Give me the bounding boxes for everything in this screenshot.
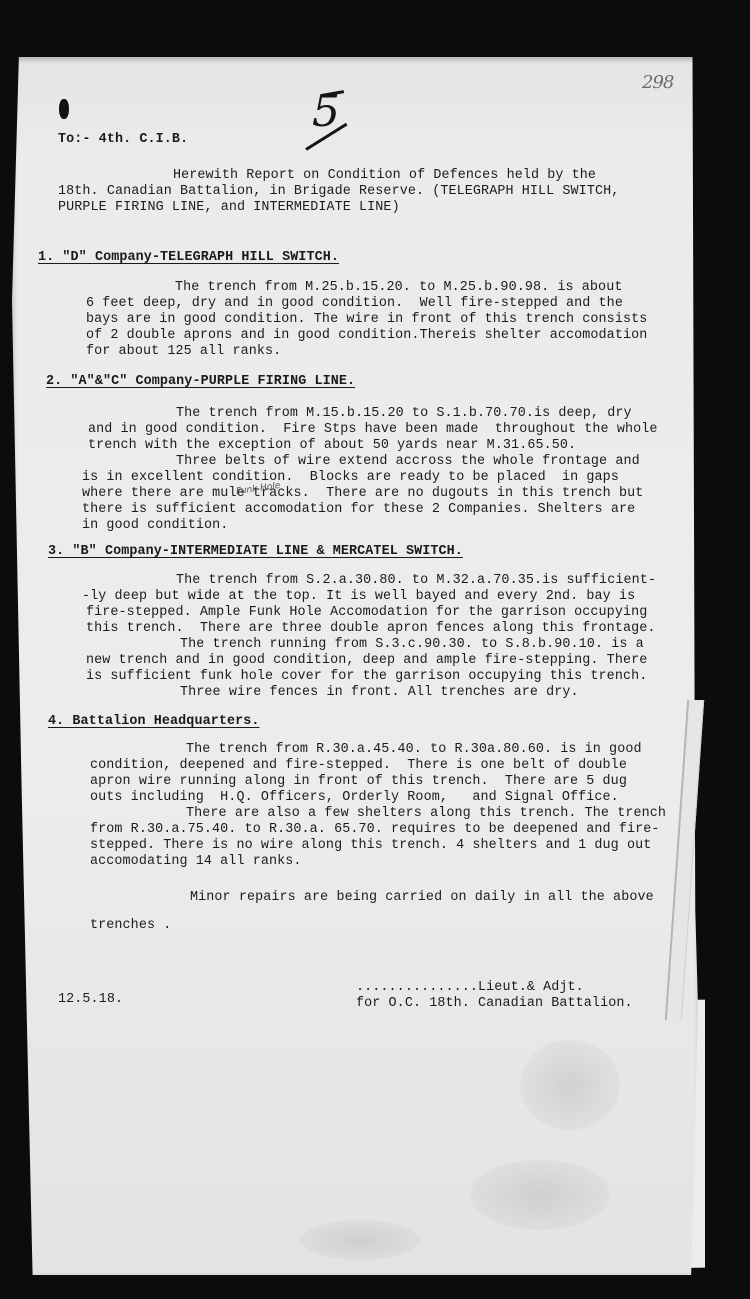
document-date: 12.5.18. (58, 992, 123, 1008)
intro-line: 18th. Canadian Battalion, in Brigade Res… (58, 184, 619, 200)
body-line: The trench running from S.3.c.90.30. to … (180, 637, 644, 653)
section-heading: 3. "B" Company-INTERMEDIATE LINE & MERCA… (48, 544, 463, 560)
stain (300, 1220, 420, 1260)
body-line: trench with the exception of about 50 ya… (88, 438, 576, 454)
body-line: bays are in good condition. The wire in … (86, 312, 647, 328)
closing-line: Minor repairs are being carried on daily… (190, 890, 654, 906)
body-line: stepped. There is no wire along this tre… (90, 838, 651, 854)
body-line: Three belts of wire extend accross the w… (176, 454, 640, 470)
closing-line: trenches . (90, 918, 171, 934)
body-line: is sufficient funk hole cover for the ga… (86, 669, 647, 685)
addressee: To:- 4th. C.I.B. (58, 132, 188, 148)
body-line: there is sufficient accomodation for the… (82, 502, 635, 518)
punch-hole (59, 99, 69, 119)
body-line: fire-stepped. Ample Funk Hole Accomodati… (86, 605, 647, 621)
body-line: The trench from S.2.a.30.80. to M.32.a.7… (176, 573, 656, 589)
stain (520, 1040, 620, 1130)
body-line: accomodating 14 all ranks. (90, 854, 302, 870)
body-line: is in excellent condition. Blocks are re… (82, 470, 619, 486)
intro-line: Herewith Report on Condition of Defences… (173, 168, 596, 184)
body-line: Three wire fences in front. All trenches… (180, 685, 579, 701)
intro-line: PURPLE FIRING LINE, and INTERMEDIATE LIN… (58, 200, 400, 216)
body-line: from R.30.a.75.40. to R.30.a. 65.70. req… (90, 822, 660, 838)
body-line: and in good condition. Fire Stps have be… (88, 422, 658, 438)
section-heading: 2. "A"&"C" Company-PURPLE FIRING LINE. (46, 374, 355, 390)
body-line: new trench and in good condition, deep a… (86, 653, 647, 669)
folio-number: 298 (642, 72, 673, 93)
signature-line: ...............Lieut.& Adjt. (356, 980, 584, 996)
signature-line: for O.C. 18th. Canadian Battalion. (356, 996, 633, 1012)
body-line: where there are mule tracks. There are n… (82, 486, 643, 502)
stain (470, 1160, 610, 1230)
body-line: this trench. There are three double apro… (86, 621, 656, 637)
body-line: for about 125 all ranks. (86, 344, 281, 360)
body-line: The trench from M.25.b.15.20. to M.25.b.… (175, 280, 622, 296)
body-line: The trench from M.15.b.15.20 to S.1.b.70… (176, 406, 632, 422)
section-heading: 4. Battalion Headquarters. (48, 714, 260, 730)
body-line: of 2 double aprons and in good condition… (86, 328, 647, 344)
body-line: apron wire running along in front of thi… (90, 774, 627, 790)
body-line: There are also a few shelters along this… (186, 806, 666, 822)
body-line: in good condition. (82, 518, 228, 534)
body-line: 6 feet deep, dry and in good condition. … (86, 296, 623, 312)
body-line: -ly deep but wide at the top. It is well… (82, 589, 635, 605)
body-line: The trench from R.30.a.45.40. to R.30a.8… (186, 742, 642, 758)
body-line: outs including H.Q. Officers, Orderly Ro… (90, 790, 619, 806)
section-heading: 1. "D" Company-TELEGRAPH HILL SWITCH. (38, 250, 339, 266)
body-line: condition, deepened and fire-stepped. Th… (90, 758, 627, 774)
